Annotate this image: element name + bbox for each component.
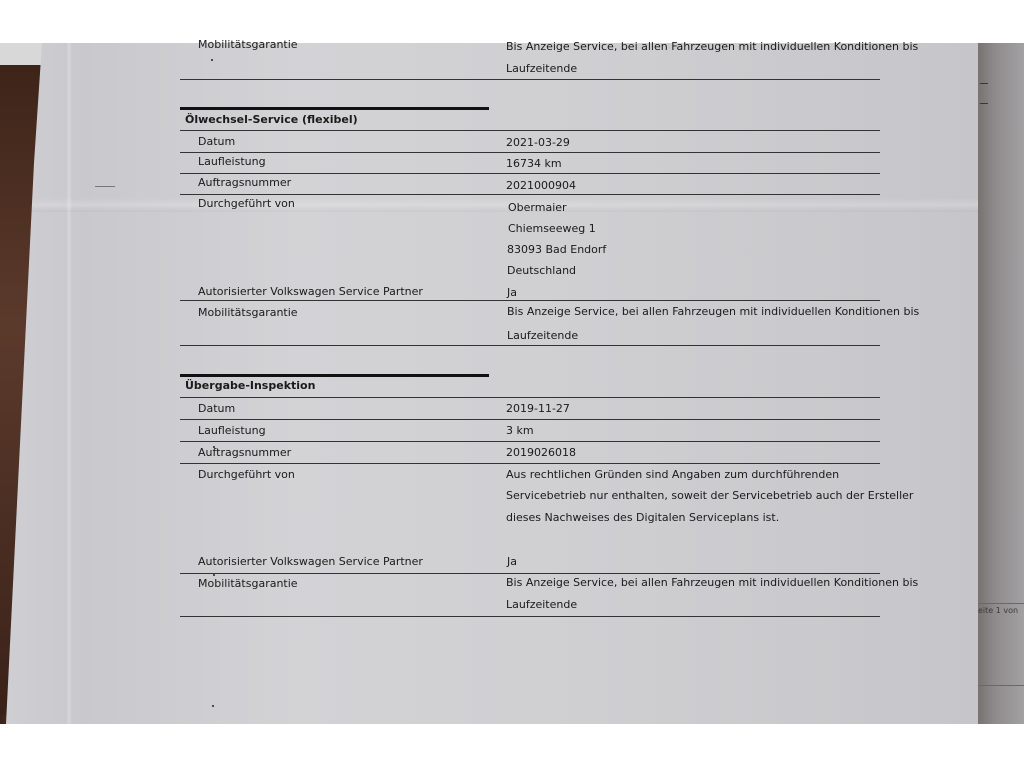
label-auftragsnummer: Auftragsnummer <box>198 176 291 189</box>
label-datum: Datum <box>198 402 235 415</box>
value-mobilitaetsgarantie-top-line1: Bis Anzeige Service, bei allen Fahrzeuge… <box>506 40 918 53</box>
value-durchgefuehrt-line2: Servicebetrieb nur enthalten, soweit der… <box>506 489 913 502</box>
value-durchgefuehrt-line3: dieses Nachweises des Digitalen Servicep… <box>506 511 779 524</box>
label-autorisierter-partner: Autorisierter Volkswagen Service Partner <box>198 555 423 568</box>
section-title-oelwechsel: Ölwechsel-Service (flexibel) <box>185 113 358 126</box>
label-laufleistung: Laufleistung <box>198 424 266 437</box>
value-laufleistung: 16734 km <box>506 157 562 170</box>
value-autorisierter-partner: Ja <box>507 286 517 299</box>
value-mobilitaetsgarantie-top-line2: Laufzeitende <box>506 62 577 75</box>
label-mobilitaetsgarantie-top: Mobilitätsgarantie <box>198 38 298 51</box>
value-datum: 2021-03-29 <box>506 136 570 149</box>
value-durchgefuehrt-line1: Aus rechtlichen Gründen sind Angaben zum… <box>506 468 839 481</box>
label-autorisierter-partner: Autorisierter Volkswagen Service Partner <box>198 285 423 298</box>
value-mobilitaetsgarantie-line1: Bis Anzeige Service, bei allen Fahrzeuge… <box>507 305 919 318</box>
value-durchgefuehrt-country: Deutschland <box>507 264 576 277</box>
page-number-footer: eite 1 von <box>978 606 1018 615</box>
value-datum: 2019-11-27 <box>506 402 570 415</box>
value-auftragsnummer: 2021000904 <box>506 179 576 192</box>
value-mobilitaetsgarantie-line1: Bis Anzeige Service, bei allen Fahrzeuge… <box>506 576 918 589</box>
section-bar <box>180 107 489 110</box>
label-durchgefuehrt-von: Durchgeführt von <box>198 197 295 210</box>
value-mobilitaetsgarantie-line2: Laufzeitende <box>506 598 577 611</box>
label-auftragsnummer: Auftragsnummer <box>198 446 291 459</box>
value-laufleistung: 3 km <box>506 424 534 437</box>
label-mobilitaetsgarantie: Mobilitätsgarantie <box>198 577 298 590</box>
label-mobilitaetsgarantie: Mobilitätsgarantie <box>198 306 298 319</box>
label-laufleistung: Laufleistung <box>198 155 266 168</box>
value-autorisierter-partner: Ja <box>507 555 517 568</box>
label-datum: Datum <box>198 135 235 148</box>
section-title-uebergabe-inspektion: Übergabe-Inspektion <box>185 379 315 392</box>
value-durchgefuehrt-name: Obermaier <box>508 201 567 214</box>
value-mobilitaetsgarantie-line2: Laufzeitende <box>507 329 578 342</box>
value-auftragsnummer: 2019026018 <box>506 446 576 459</box>
service-record-document: Mobilitätsgarantie Bis Anzeige Service, … <box>0 0 1024 768</box>
label-durchgefuehrt-von: Durchgeführt von <box>198 468 295 481</box>
value-durchgefuehrt-street: Chiemseeweg 1 <box>508 222 596 235</box>
section-bar <box>180 374 489 377</box>
value-durchgefuehrt-city: 83093 Bad Endorf <box>507 243 606 256</box>
divider <box>180 79 880 80</box>
